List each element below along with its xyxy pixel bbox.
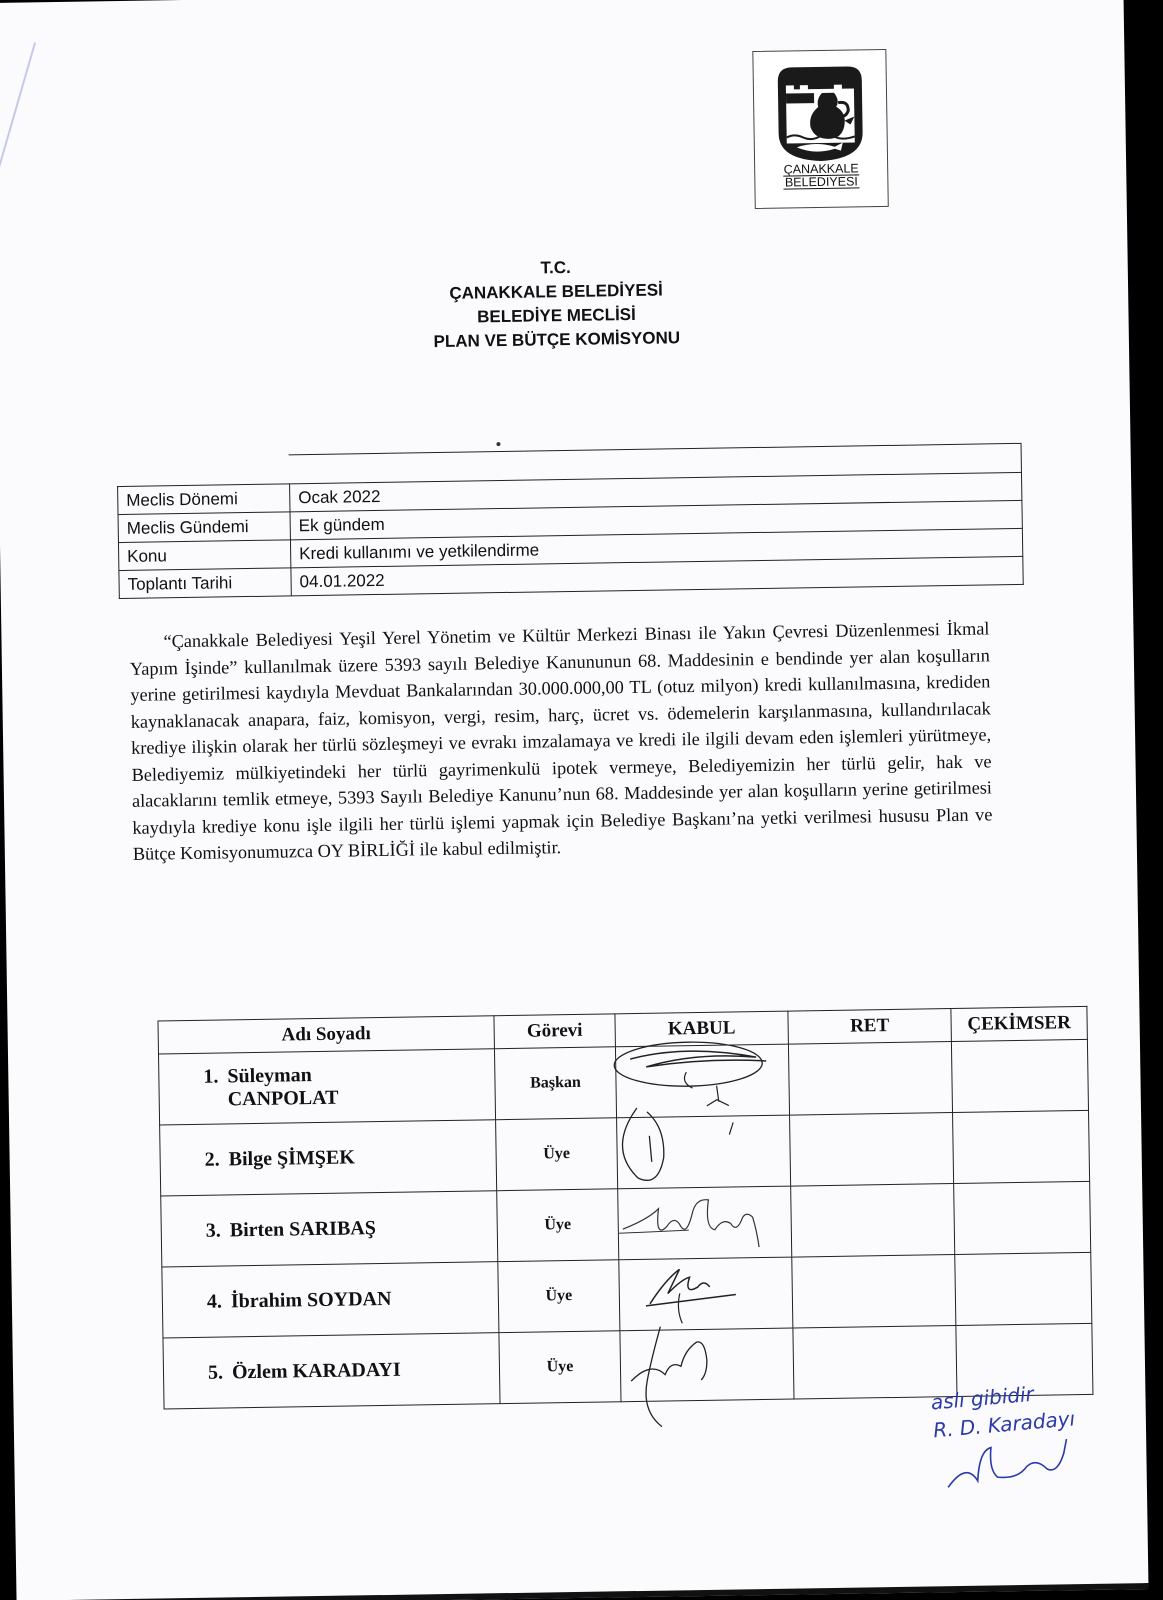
member-name: 1.Süleyman CANPOLAT [159,1049,496,1125]
member-role: Üye [498,1260,620,1333]
member-name: 3.Birten SARIBAŞ [161,1191,498,1267]
kabul-cell [620,1328,794,1402]
document-heading: T.C. ÇANAKKALE BELEDİYESİ BELEDİYE MECLİ… [296,252,817,356]
member-name: 5.Özlem KARADAYI [163,1333,500,1409]
pencil-stroke [0,42,36,244]
resolution-paragraph: “Çanakkale Belediyesi Yeşil Yerel Yöneti… [129,615,993,867]
kabul-cell [618,1186,792,1260]
header-role: Görevi [494,1014,616,1049]
signature-icon [618,1186,809,1257]
signature-icon [620,1329,792,1432]
info-label: Meclis Dönemi [118,484,290,515]
kabul-cell [617,1115,791,1189]
logo-text: ÇANAKKALE BELEDİYESİ [755,162,887,190]
header-cekimser: ÇEKİMSER [951,1006,1088,1041]
crest-icon [774,62,868,163]
header-name: Adı Soyadı [158,1016,494,1054]
member-role: Üye [499,1331,621,1404]
scanned-page: ÇANAKKALE BELEDİYESİ T.C. ÇANAKKALE BELE… [0,0,1149,1600]
vote-table: Adı Soyadı Görevi KABUL RET ÇEKİMSER 1.S… [157,1006,1093,1410]
info-label: Konu [118,540,290,571]
member-name: 2.Bilge ŞİMŞEK [160,1120,497,1196]
handwritten-certification: aslı gibidir R. D. Karadayı [930,1369,1163,1501]
ret-cell [792,1255,956,1329]
kabul-cell [619,1257,793,1331]
cekimser-cell [954,1181,1091,1254]
meeting-info-table: Meclis Dönemi Ocak 2022 Meclis Gündemi E… [117,443,1024,599]
signature-icon [616,1045,787,1116]
cekimser-cell [953,1110,1090,1183]
member-role: Başkan [494,1047,616,1120]
info-label: Meclis Gündemi [118,512,290,543]
stray-mark [496,442,500,446]
ret-cell [791,1184,955,1258]
kabul-cell [615,1044,789,1118]
cekimser-cell [955,1252,1092,1325]
signature-icon [619,1258,790,1329]
logo-box: ÇANAKKALE BELEDİYESİ [752,49,888,209]
ret-cell [790,1113,954,1187]
header-kabul: KABUL [615,1011,788,1047]
cekimser-cell [951,1039,1088,1112]
member-role: Üye [497,1189,619,1262]
signature-icon [617,1116,788,1187]
member-role: Üye [496,1118,618,1191]
ret-cell [788,1042,952,1116]
scan-edge [17,1583,1149,1600]
member-name: 4.İbrahim SOYDAN [162,1262,499,1338]
header-ret: RET [788,1009,951,1045]
info-label: Toplantı Tarihi [119,568,291,599]
